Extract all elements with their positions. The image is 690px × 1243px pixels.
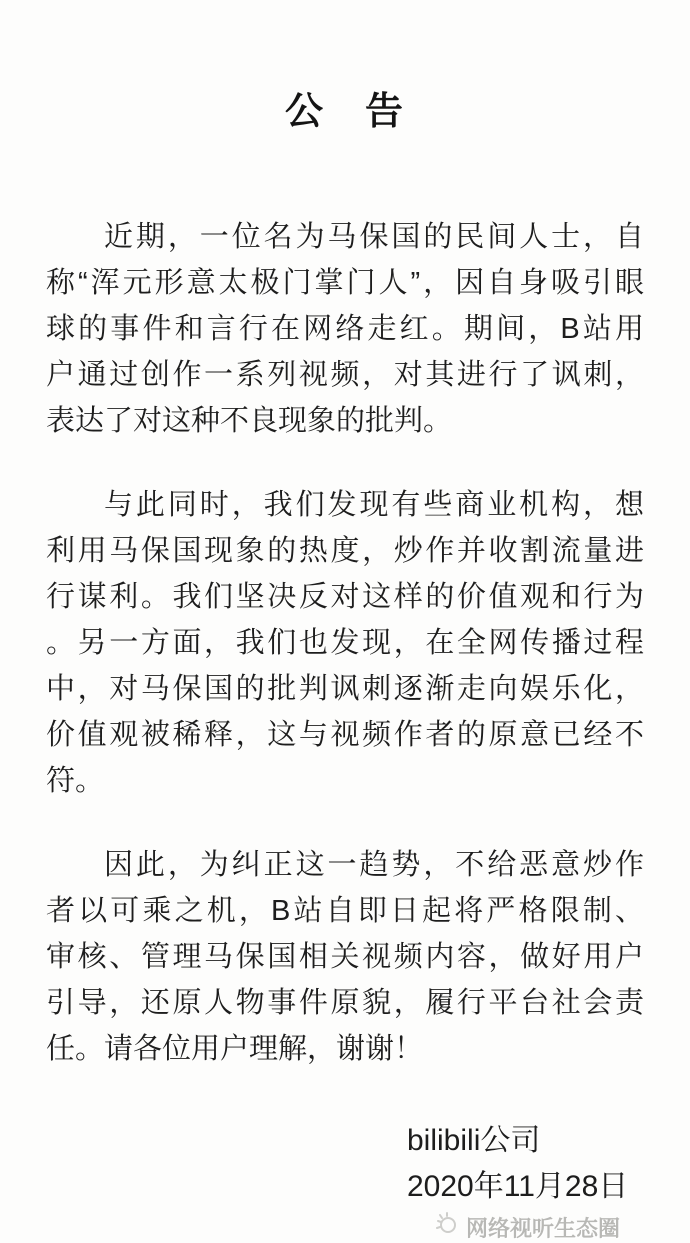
paragraph-line: 因此，为纠正这一趋势，不给恶意炒作 — [46, 842, 644, 888]
sun-doodle-icon — [434, 1212, 460, 1242]
paragraph-line: 利用马保国现象的热度，炒作并收割流量进 — [46, 528, 644, 574]
paragraph-line: 。另一方面，我们也发现，在全网传播过程 — [46, 620, 644, 666]
paragraph-line: 中，对马保国的批判讽刺逐渐走向娱乐化， — [46, 666, 644, 712]
paragraph-1: 近期，一位名为马保国的民间人士，自 称“浑元形意太极门掌门人”，因自身吸引眼 球… — [46, 214, 644, 444]
paragraph-line: 球的事件和言行在网络走红。期间，B站用 — [46, 306, 644, 352]
paragraph-line: 与此同时，我们发现有些商业机构，想 — [46, 482, 644, 528]
paragraph-line: 近期，一位名为马保国的民间人士，自 — [46, 214, 644, 260]
signature-company: bilibili公司 — [407, 1118, 644, 1164]
paragraph-line: 行谋利。我们坚决反对这样的价值观和行为 — [46, 574, 644, 620]
paragraph-line: 价值观被稀释，这与视频作者的原意已经不 — [46, 712, 644, 758]
paragraph-line: 引导，还原人物事件原貌，履行平台社会责 — [46, 980, 644, 1026]
paragraph-line: 表达了对这种不良现象的批判。 — [46, 398, 644, 444]
paragraph-line: 户通过创作一系列视频，对其进行了讽刺， — [46, 352, 644, 398]
signature-date: 2020年11月28日 — [407, 1164, 644, 1210]
watermark-text: 网络视听生态圈 — [466, 1212, 620, 1243]
watermark: 网络视听生态圈 — [46, 1212, 644, 1242]
paragraph-line: 符。 — [46, 758, 644, 804]
page-title: 公 告 — [46, 88, 644, 136]
paragraph-2: 与此同时，我们发现有些商业机构，想 利用马保国现象的热度，炒作并收割流量进 行谋… — [46, 482, 644, 804]
announcement-page: 公 告 近期，一位名为马保国的民间人士，自 称“浑元形意太极门掌门人”，因自身吸… — [0, 0, 690, 1243]
paragraph-line: 任。请各位用户理解，谢谢！ — [46, 1026, 644, 1072]
paragraph-line: 称“浑元形意太极门掌门人”，因自身吸引眼 — [46, 260, 644, 306]
paragraph-line: 审核、管理马保国相关视频内容，做好用户 — [46, 934, 644, 980]
paragraph-3: 因此，为纠正这一趋势，不给恶意炒作 者以可乘之机，B站自即日起将严格限制、 审核… — [46, 842, 644, 1072]
paragraph-line: 者以可乘之机，B站自即日起将严格限制、 — [46, 888, 644, 934]
signature-block: bilibili公司 2020年11月28日 — [407, 1118, 644, 1210]
